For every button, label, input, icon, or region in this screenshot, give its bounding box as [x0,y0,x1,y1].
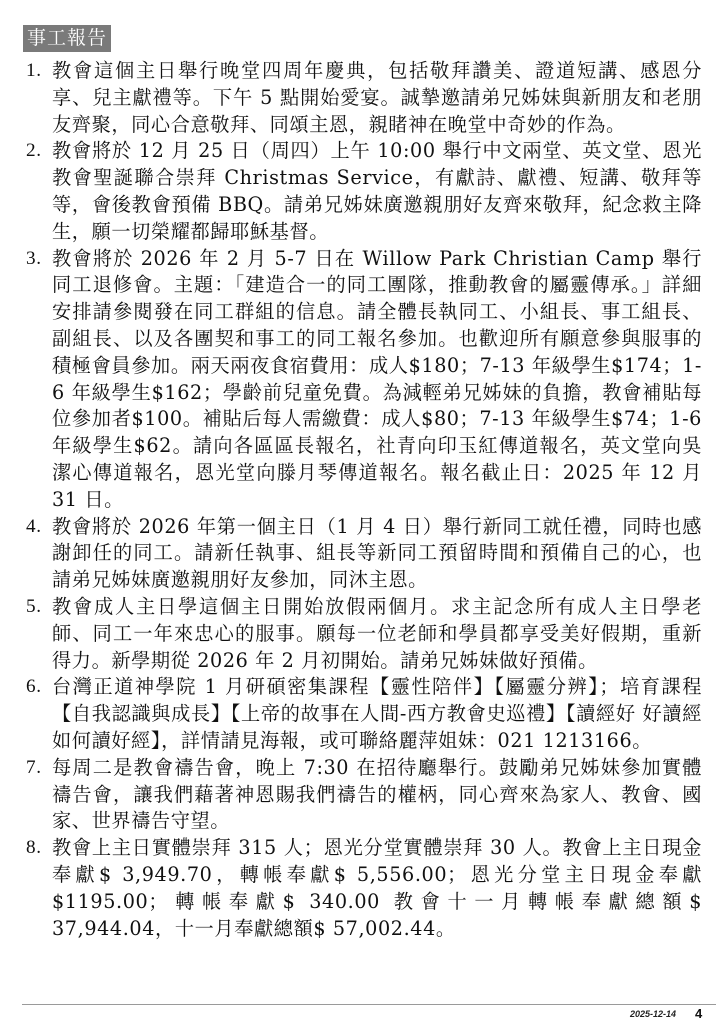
item-number: 2. [26,138,42,165]
item-number: 3. [26,246,42,273]
item-text: 教會將於 2026 年 2 月 5-7 日在 Willow Park Chris… [52,246,702,514]
announcement-item-5: 5. 教會成人主日學這個主日開始放假兩個月。求主記念所有成人主日學老師、同工一年… [22,594,702,674]
announcement-list: 1. 教會這個主日舉行晚堂四周年慶典，包括敬拜讚美、證道短講、感恩分享、兒主獻禮… [22,58,702,942]
item-text: 教會上主日實體崇拜 315 人；恩光分堂實體崇拜 30 人。教會上主日現金奉獻$… [52,835,702,942]
announcement-item-8: 8. 教會上主日實體崇拜 315 人；恩光分堂實體崇拜 30 人。教會上主日現金… [22,835,702,942]
item-number: 8. [26,835,42,862]
announcement-item-2: 2. 教會將於 12 月 25 日（周四）上午 10:00 舉行中文兩堂、英文堂… [22,138,702,245]
item-number: 1. [26,58,42,85]
footer-divider [22,1004,716,1005]
item-text: 教會將於 12 月 25 日（周四）上午 10:00 舉行中文兩堂、英文堂、恩光… [52,138,702,245]
item-text: 教會將於 2026 年第一個主日（1 月 4 日）舉行新同工就任禮，同時也感謝卸… [52,514,702,594]
item-number: 6. [26,674,42,701]
announcement-item-3: 3. 教會將於 2026 年 2 月 5-7 日在 Willow Park Ch… [22,246,702,514]
announcement-item-4: 4. 教會將於 2026 年第一個主日（1 月 4 日）舉行新同工就任禮，同時也… [22,514,702,594]
announcement-item-6: 6. 台灣正道神學院 1 月研碩密集課程【靈性陪伴】【屬靈分辨】；培育課程【自我… [22,674,702,754]
announcement-item-1: 1. 教會這個主日舉行晚堂四周年慶典，包括敬拜讚美、證道短講、感恩分享、兒主獻禮… [22,58,702,138]
announcement-item-7: 7. 每周二是教會禱告會，晚上 7:30 在招待廳舉行。鼓勵弟兄姊妹參加實體禱告… [22,755,702,835]
section-title: 事工報告 [23,25,111,52]
item-text: 教會這個主日舉行晚堂四周年慶典，包括敬拜讚美、證道短講、感恩分享、兒主獻禮等。下… [52,58,702,138]
item-number: 7. [26,755,42,782]
footer-date: 2025-12-14 [630,1009,676,1019]
item-text: 台灣正道神學院 1 月研碩密集課程【靈性陪伴】【屬靈分辨】；培育課程【自我認識與… [52,674,702,754]
page-number: 4 [695,1006,702,1021]
item-number: 4. [26,514,42,541]
item-text: 每周二是教會禱告會，晚上 7:30 在招待廳舉行。鼓勵弟兄姊妹參加實體禱告會，讓… [52,755,702,835]
item-text: 教會成人主日學這個主日開始放假兩個月。求主記念所有成人主日學老師、同工一年來忠心… [52,594,702,674]
item-number: 5. [26,594,42,621]
